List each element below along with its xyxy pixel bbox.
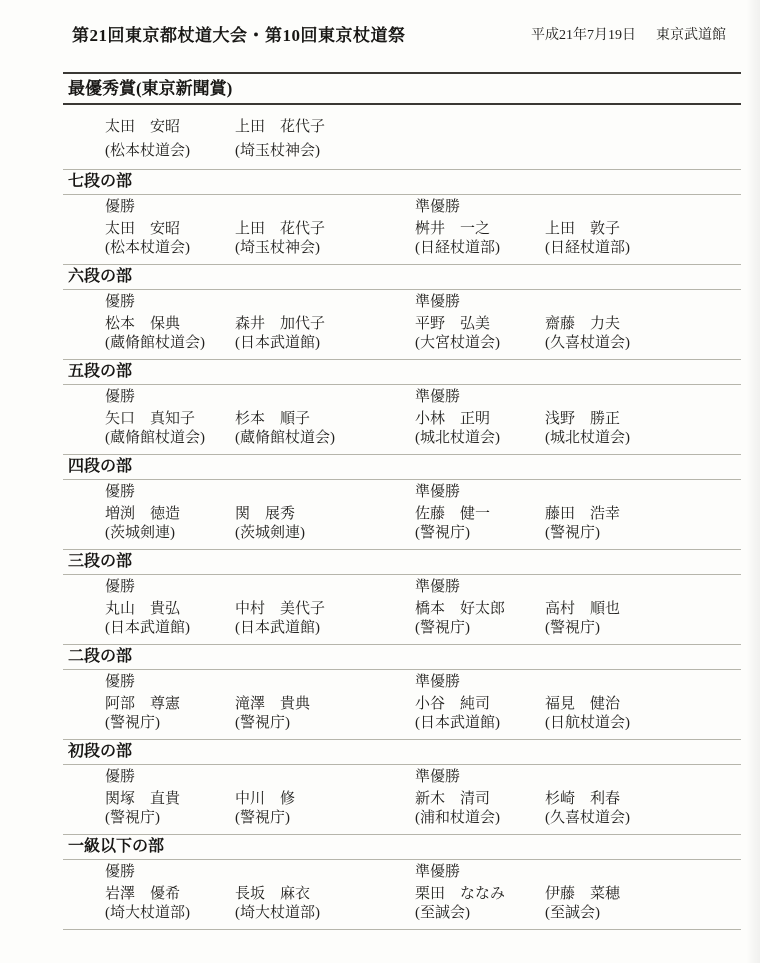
entrant-org: (城北杖道会) <box>545 429 741 448</box>
entrant-name: 佐藤 健一 <box>415 505 545 524</box>
entrant-org: (日本武道館) <box>105 619 235 638</box>
entrant-name: 関 展秀 <box>235 505 415 524</box>
section-heading: 三段の部 <box>63 550 741 574</box>
entrant-name: 福見 健治 <box>545 695 741 714</box>
winner-label: 優勝 <box>105 198 235 217</box>
entrant-name: 太田 安昭 <box>105 220 235 239</box>
entrant-name: 高村 順也 <box>545 600 741 619</box>
entrant-org: (日経杖道部) <box>545 239 741 258</box>
grand-prize-names-row: 太田 安昭 上田 花代子 <box>63 105 741 137</box>
names-row: 太田 安昭 上田 花代子 桝井 一之 上田 敦子 <box>63 218 741 239</box>
runner-up-label: 準優勝 <box>415 293 545 312</box>
results-document: 第21回東京都杖道大会・第10回東京杖道祭 平成21年7月19日 東京武道館 最… <box>0 0 760 930</box>
section-heading: 初段の部 <box>63 740 741 764</box>
entrant-name: 齋藤 力夫 <box>545 315 741 334</box>
entrant-name: 藤田 浩幸 <box>545 505 741 524</box>
division-section: 一級以下の部 優勝 準優勝 岩澤 優希 長坂 麻衣 栗田 ななみ 伊藤 菜穂 (… <box>63 834 741 929</box>
names-row: 増渕 徳造 関 展秀 佐藤 健一 藤田 浩幸 <box>63 503 741 524</box>
entrant-name: 平野 弘美 <box>415 315 545 334</box>
winner-label: 優勝 <box>105 578 235 597</box>
grand-prize-orgs-row: (松本杖道会) (埼玉杖神会) <box>63 137 741 169</box>
entrant-org: (茨城剣連) <box>235 524 415 543</box>
runner-up-label: 準優勝 <box>415 578 545 597</box>
orgs-row: (茨城剣連) (茨城剣連) (警視庁) (警視庁) <box>63 524 741 549</box>
event-date: 平成21年7月19日 <box>531 25 636 47</box>
orgs-row: (松本杖道会) (埼玉杖神会) (日経杖道部) (日経杖道部) <box>63 239 741 264</box>
entrant-org: (至誠会) <box>415 904 545 923</box>
rank-labels-row: 優勝 準優勝 <box>63 480 741 503</box>
entrant-org: (日航杖道会) <box>545 714 741 733</box>
runner-up-label: 準優勝 <box>415 483 545 502</box>
document-title: 第21回東京都杖道大会・第10回東京杖道祭 <box>72 25 406 47</box>
runner-up-label: 準優勝 <box>415 863 545 882</box>
entrant-org: (久喜杖道会) <box>545 334 741 353</box>
rank-labels-row: 優勝 準優勝 <box>63 575 741 598</box>
entrant-name: 上田 花代子 <box>235 220 415 239</box>
entrant-name: 森井 加代子 <box>235 315 415 334</box>
rank-labels-row: 優勝 準優勝 <box>63 290 741 313</box>
entrant-org: (埼玉杖神会) <box>235 141 415 161</box>
entrant-name: 伊藤 菜穂 <box>545 885 741 904</box>
entrant-name: 丸山 貴弘 <box>105 600 235 619</box>
names-row: 関塚 直貴 中川 修 新木 清司 杉崎 利春 <box>63 788 741 809</box>
division-section: 四段の部 優勝 準優勝 増渕 徳造 関 展秀 佐藤 健一 藤田 浩幸 (茨城剣連… <box>63 454 741 549</box>
entrant-name: 浅野 勝正 <box>545 410 741 429</box>
division-section: 七段の部 優勝 準優勝 太田 安昭 上田 花代子 桝井 一之 上田 敦子 (松本… <box>63 169 741 264</box>
entrant-org: (松本杖道会) <box>105 141 235 161</box>
entrant-name: 滝澤 貴典 <box>235 695 415 714</box>
entrant-name: 新木 清司 <box>415 790 545 809</box>
entrant-org: (埼大杖道部) <box>235 904 415 923</box>
entrant-name: 関塚 直貴 <box>105 790 235 809</box>
entrant-org: (警視庁) <box>105 714 235 733</box>
entrant-name: 栗田 ななみ <box>415 885 545 904</box>
names-row: 丸山 貴弘 中村 美代子 橋本 好太郎 高村 順也 <box>63 598 741 619</box>
entrant-name: 上田 敦子 <box>545 220 741 239</box>
document-meta: 平成21年7月19日 東京武道館 <box>531 25 726 47</box>
orgs-row: (日本武道館) (日本武道館) (警視庁) (警視庁) <box>63 619 741 644</box>
division-section: 二段の部 優勝 準優勝 阿部 尊憲 滝澤 貴典 小谷 純司 福見 健治 (警視庁… <box>63 644 741 739</box>
document-header: 第21回東京都杖道大会・第10回東京杖道祭 平成21年7月19日 東京武道館 <box>0 0 760 47</box>
rank-labels-row: 優勝 準優勝 <box>63 860 741 883</box>
entrant-org: (警視庁) <box>235 809 415 828</box>
names-row: 矢口 真知子 杉本 順子 小林 正明 浅野 勝正 <box>63 408 741 429</box>
winner-label: 優勝 <box>105 768 235 787</box>
runner-up-label: 準優勝 <box>415 673 545 692</box>
runner-up-label: 準優勝 <box>415 388 545 407</box>
section-heading: 七段の部 <box>63 170 741 194</box>
entrant-org: (警視庁) <box>545 524 741 543</box>
grand-prize-heading: 最優秀賞(東京新聞賞) <box>63 74 741 103</box>
entrant-name: 松本 保典 <box>105 315 235 334</box>
entrant-org: (日経杖道部) <box>415 239 545 258</box>
entrant-org: (警視庁) <box>415 619 545 638</box>
entrant-name: 上田 花代子 <box>235 117 415 137</box>
divider-bottom <box>63 929 741 930</box>
section-heading: 四段の部 <box>63 455 741 479</box>
names-row: 松本 保典 森井 加代子 平野 弘美 齋藤 力夫 <box>63 313 741 334</box>
runner-up-label: 準優勝 <box>415 198 545 217</box>
entrant-org: (蔵脩館杖道会) <box>235 429 415 448</box>
entrant-name: 中村 美代子 <box>235 600 415 619</box>
entrant-org: (警視庁) <box>235 714 415 733</box>
orgs-row: (警視庁) (警視庁) (浦和杖道会) (久喜杖道会) <box>63 809 741 834</box>
entrant-org: (蔵脩館杖道会) <box>105 429 235 448</box>
rank-labels-row: 優勝 準優勝 <box>63 765 741 788</box>
entrant-name: 杉崎 利春 <box>545 790 741 809</box>
entrant-name: 増渕 徳造 <box>105 505 235 524</box>
entrant-name: 杉本 順子 <box>235 410 415 429</box>
winner-label: 優勝 <box>105 483 235 502</box>
division-section: 初段の部 優勝 準優勝 関塚 直貴 中川 修 新木 清司 杉崎 利春 (警視庁)… <box>63 739 741 834</box>
entrant-org: (茨城剣連) <box>105 524 235 543</box>
entrant-name: 長坂 麻衣 <box>235 885 415 904</box>
entrant-name: 矢口 真知子 <box>105 410 235 429</box>
division-sections: 七段の部 優勝 準優勝 太田 安昭 上田 花代子 桝井 一之 上田 敦子 (松本… <box>63 169 741 929</box>
orgs-row: (蔵脩館杖道会) (日本武道館) (大宮杖道会) (久喜杖道会) <box>63 334 741 359</box>
rank-labels-row: 優勝 準優勝 <box>63 385 741 408</box>
entrant-name: 太田 安昭 <box>105 117 235 137</box>
section-heading: 一級以下の部 <box>63 835 741 859</box>
winner-label: 優勝 <box>105 388 235 407</box>
entrant-name: 岩澤 優希 <box>105 885 235 904</box>
entrant-org: (日本武道館) <box>235 619 415 638</box>
entrant-org: (久喜杖道会) <box>545 809 741 828</box>
entrant-org: (埼玉杖神会) <box>235 239 415 258</box>
entrant-org: (大宮杖道会) <box>415 334 545 353</box>
entrant-name: 小谷 純司 <box>415 695 545 714</box>
rank-labels-row: 優勝 準優勝 <box>63 670 741 693</box>
entrant-org: (警視庁) <box>415 524 545 543</box>
entrant-org: (日本武道館) <box>415 714 545 733</box>
section-heading: 六段の部 <box>63 265 741 289</box>
orgs-row: (警視庁) (警視庁) (日本武道館) (日航杖道会) <box>63 714 741 739</box>
section-heading: 二段の部 <box>63 645 741 669</box>
entrant-name: 中川 修 <box>235 790 415 809</box>
orgs-row: (蔵脩館杖道会) (蔵脩館杖道会) (城北杖道会) (城北杖道会) <box>63 429 741 454</box>
winner-label: 優勝 <box>105 673 235 692</box>
winner-label: 優勝 <box>105 293 235 312</box>
entrant-org: (城北杖道会) <box>415 429 545 448</box>
entrant-org: (松本杖道会) <box>105 239 235 258</box>
division-section: 六段の部 優勝 準優勝 松本 保典 森井 加代子 平野 弘美 齋藤 力夫 (蔵脩… <box>63 264 741 359</box>
entrant-name: 橋本 好太郎 <box>415 600 545 619</box>
division-section: 五段の部 優勝 準優勝 矢口 真知子 杉本 順子 小林 正明 浅野 勝正 (蔵脩… <box>63 359 741 454</box>
rank-labels-row: 優勝 準優勝 <box>63 195 741 218</box>
division-section: 三段の部 優勝 準優勝 丸山 貴弘 中村 美代子 橋本 好太郎 高村 順也 (日… <box>63 549 741 644</box>
winner-label: 優勝 <box>105 863 235 882</box>
entrant-org: (至誠会) <box>545 904 741 923</box>
entrant-name: 桝井 一之 <box>415 220 545 239</box>
entrant-org: (蔵脩館杖道会) <box>105 334 235 353</box>
entrant-name: 小林 正明 <box>415 410 545 429</box>
runner-up-label: 準優勝 <box>415 768 545 787</box>
names-row: 岩澤 優希 長坂 麻衣 栗田 ななみ 伊藤 菜穂 <box>63 883 741 904</box>
entrant-org: (日本武道館) <box>235 334 415 353</box>
entrant-org: (埼大杖道部) <box>105 904 235 923</box>
section-heading: 五段の部 <box>63 360 741 384</box>
entrant-org: (警視庁) <box>105 809 235 828</box>
entrant-name: 阿部 尊憲 <box>105 695 235 714</box>
orgs-row: (埼大杖道部) (埼大杖道部) (至誠会) (至誠会) <box>63 904 741 929</box>
results-body: 最優秀賞(東京新聞賞) 太田 安昭 上田 花代子 (松本杖道会) (埼玉杖神会)… <box>63 72 741 930</box>
entrant-org: (警視庁) <box>545 619 741 638</box>
event-venue: 東京武道館 <box>656 25 726 47</box>
names-row: 阿部 尊憲 滝澤 貴典 小谷 純司 福見 健治 <box>63 693 741 714</box>
entrant-org: (浦和杖道会) <box>415 809 545 828</box>
